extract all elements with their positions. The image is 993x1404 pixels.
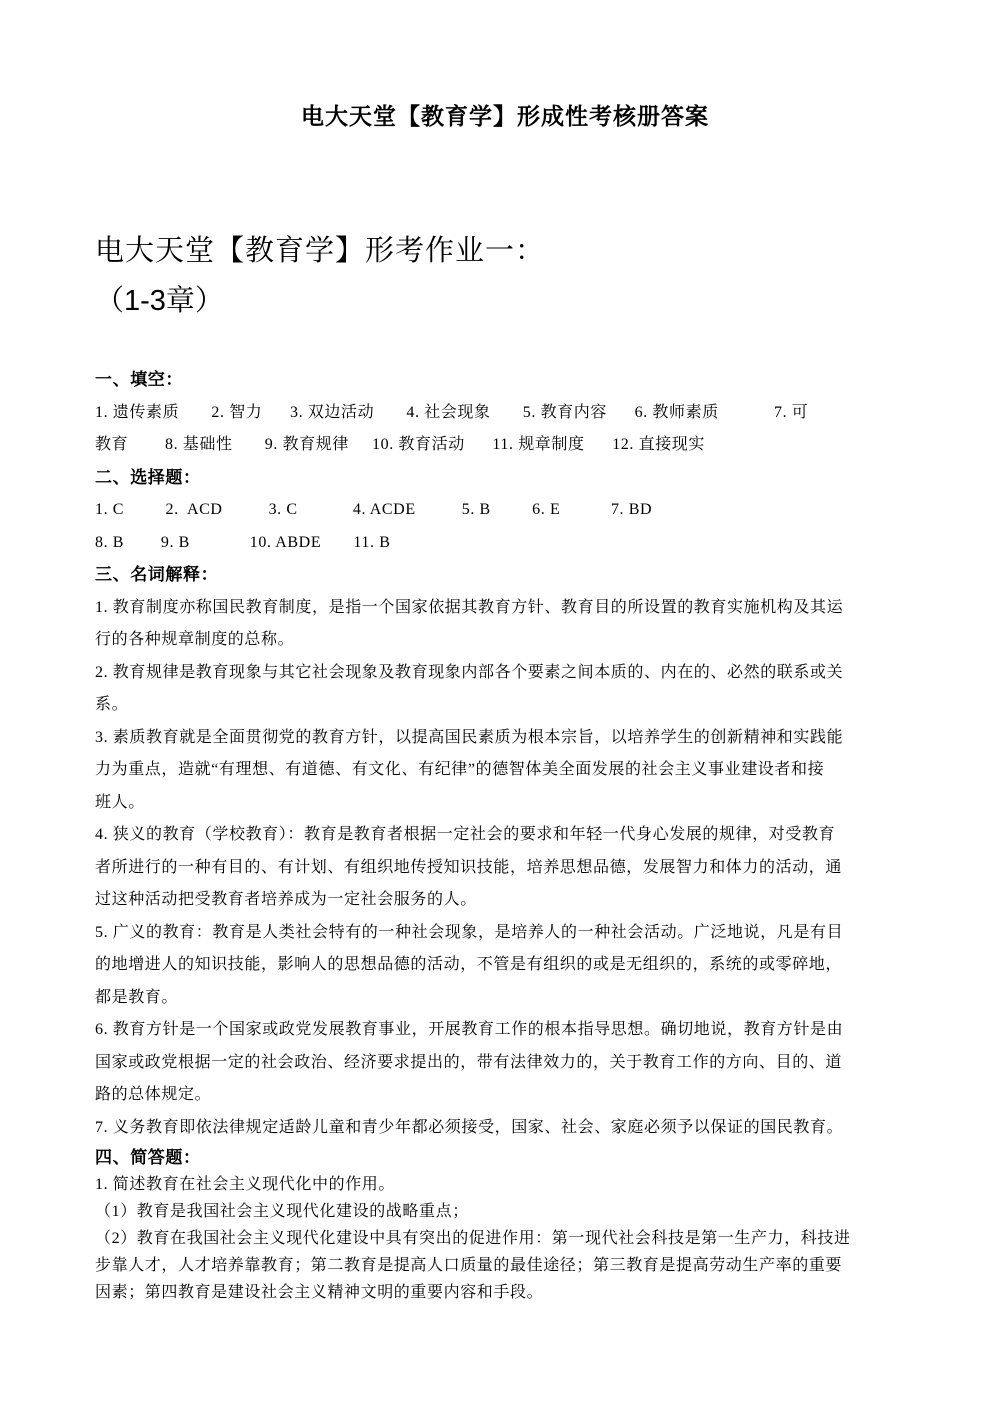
short-answer-question-1: 1. 简述教育在社会主义现代化中的作用。 [95,1171,915,1198]
section-heading-short-answer: 四、简答题： [95,1144,915,1171]
assignment-title: 电大天堂【教育学】形考作业一： [95,230,915,272]
fill-in-blanks-answers: 1. 遗传素质 2. 智力 3. 双边活动 4. 社会现象 5. 教育内容 6.… [95,397,915,462]
section-heading-term-definitions: 三、名词解释： [95,559,915,592]
term-definition-1: 1. 教育制度亦称国民教育制度，是指一个国家依据其教育方针、教育目的所设置的教育… [95,592,915,657]
short-answer-point-2: （2）教育在我国社会主义现代化建设中具有突出的促进作用：第一现代社会科技是第一生… [95,1225,915,1306]
short-answer-section: 四、简答题： 1. 简述教育在社会主义现代化中的作用。 （1）教育是我国社会主义… [95,1144,915,1306]
term-definition-5: 5. 广义的教育：教育是人类社会特有的一种社会现象，是培养人的一种社会活动。广泛… [95,917,915,1015]
section-heading-multiple-choice: 二、选择题： [95,462,915,495]
multiple-choice-answers: 1. C 2. ACD 3. C 4. ACDE 5. B 6. E 7. BD… [95,494,915,559]
short-answer-point-1: （1）教育是我国社会主义现代化建设的战略重点； [95,1198,915,1225]
section-heading-fill-in-blanks: 一、填空： [95,364,915,397]
term-definition-3: 3. 素质教育就是全面贯彻党的教育方针，以提高国民素质为根本宗旨，以培养学生的创… [95,722,915,820]
term-definition-2: 2. 教育规律是教育现象与其它社会现象及教育现象内部各个要素之间本质的、内在的、… [95,657,915,722]
term-definition-6: 6. 教育方针是一个国家或政党发展教育事业，开展教育工作的根本指导思想。确切地说… [95,1014,915,1112]
chapter-range: （1-3章） [95,280,915,322]
document-body: 一、填空： 1. 遗传素质 2. 智力 3. 双边活动 4. 社会现象 5. 教… [95,364,915,1306]
term-definition-4: 4. 狭义的教育（学校教育）：教育是教育者根据一定社会的要求和年轻一代身心发展的… [95,819,915,917]
document-title: 电大天堂【教育学】形成性考核册答案 [95,98,915,134]
term-definition-7: 7. 义务教育即依法律规定适龄儿童和青少年都必须接受，国家、社会、家庭必须予以保… [95,1112,915,1145]
document-page: 电大天堂【教育学】形成性考核册答案 电大天堂【教育学】形考作业一： （1-3章）… [0,0,993,1404]
